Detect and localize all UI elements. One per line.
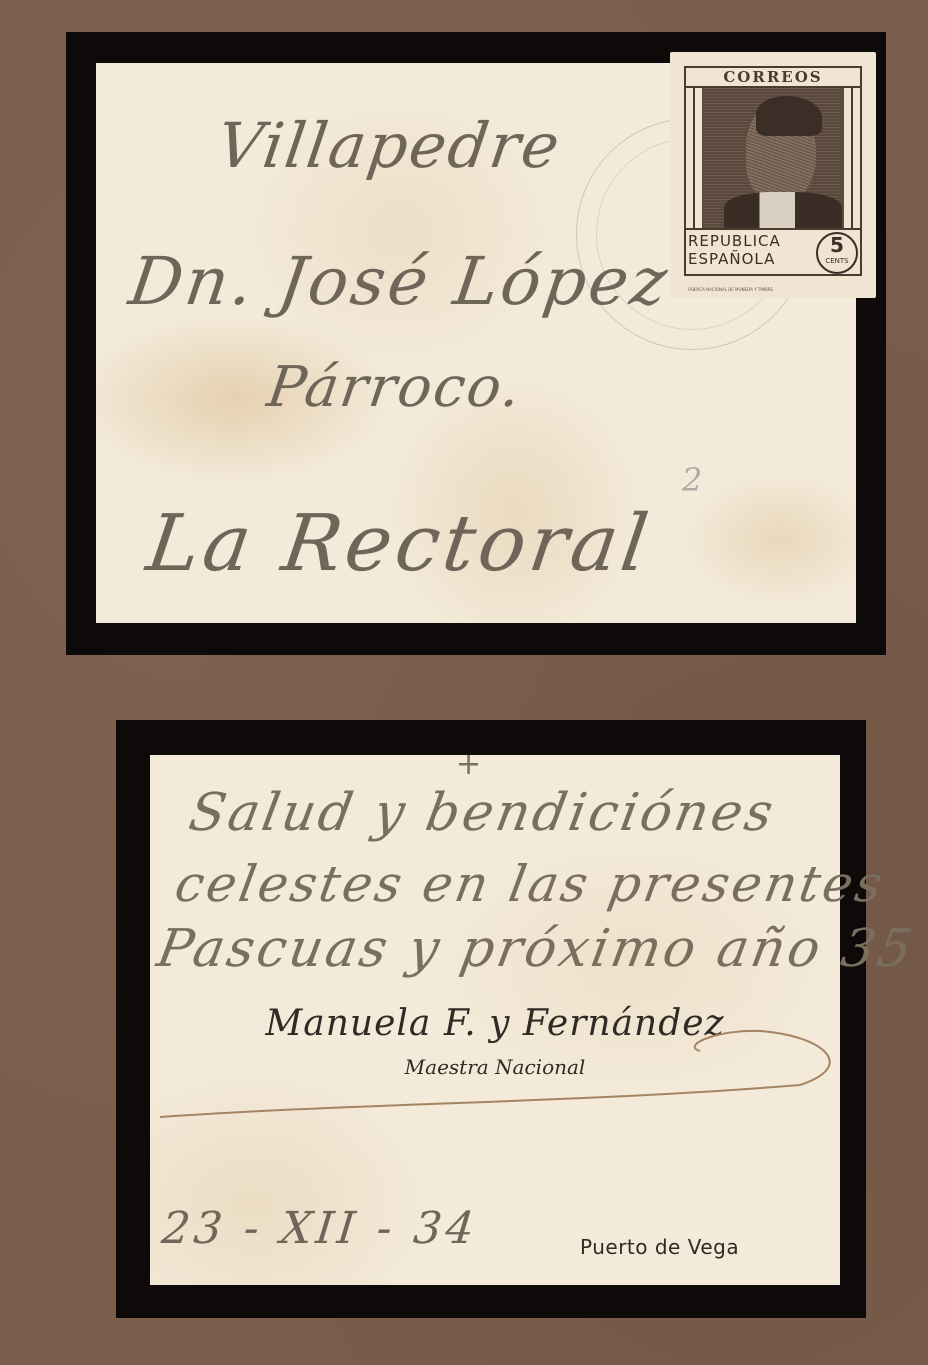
message-line-1: Salud y bendiciónes — [185, 783, 781, 843]
mourning-card: + Salud y bendiciónes celestes en las pr… — [116, 720, 866, 1318]
stamp-country-line-2: ESPAÑOLA — [688, 250, 781, 268]
card-paper: + Salud y bendiciónes celestes en las pr… — [150, 755, 840, 1285]
pencil-mark: 2 — [682, 461, 702, 499]
address-title: Párroco. — [263, 355, 526, 420]
stamp-country: REPUBLICA ESPAÑOLA — [688, 232, 781, 268]
address-destination: La Rectoral — [142, 499, 657, 589]
stamp-value-unit: CENTS — [818, 256, 856, 266]
stamp-value-badge: 5 CENTS — [816, 232, 858, 274]
portrait-shoulders — [724, 192, 842, 230]
stamp-left-ornament — [686, 88, 702, 230]
stamp-footer: REPUBLICA ESPAÑOLA 5 CENTS — [686, 228, 860, 274]
message-line-2: celestes en las presentes — [171, 855, 890, 913]
printed-place: Puerto de Vega — [580, 1235, 739, 1259]
postage-stamp: CORREOS REPUBLICA ESPAÑOLA 5 CENTS FABRI… — [670, 52, 876, 298]
portrait-hair — [756, 96, 822, 136]
stamp-header: CORREOS — [686, 68, 860, 88]
stamp-portrait-image — [704, 88, 842, 230]
message-line-3: Pascuas y próximo año 35 — [153, 919, 920, 979]
stamp-imprint: FABRICA NACIONAL DE MONEDA Y TIMBRE — [688, 287, 773, 292]
mourning-envelope: Villapedre Dn. José López Párroco. La Re… — [66, 32, 886, 655]
address-town: Villapedre — [213, 109, 566, 182]
stamp-frame: CORREOS REPUBLICA ESPAÑOLA 5 CENTS — [684, 66, 862, 276]
handwritten-date: 23 - XII - 34 — [159, 1203, 480, 1254]
stamp-country-line-1: REPUBLICA — [688, 232, 781, 250]
cross-icon: + — [456, 747, 481, 782]
stamp-right-ornament — [844, 88, 860, 230]
stamp-value: 5 — [818, 234, 856, 256]
address-recipient: Dn. José López — [125, 243, 675, 320]
pen-flourish — [160, 1025, 840, 1135]
